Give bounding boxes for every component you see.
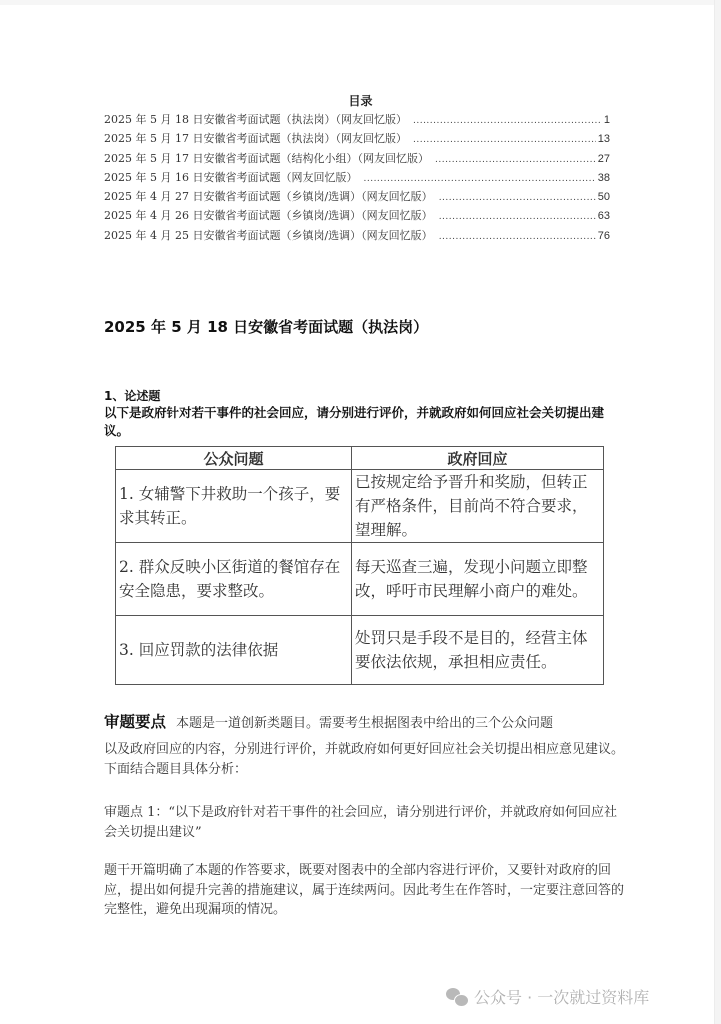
page-right-edge	[714, 0, 721, 1024]
wechat-icon	[446, 988, 468, 1006]
cell-issue: 1. 女辅警下井救助一个孩子，要求其转正。	[116, 470, 352, 543]
toc-page-number: 63	[598, 210, 610, 222]
toc-entry[interactable]: 2025 年 5 月 18 日安徽省考面试题（执法岗）（网友回忆版）1	[104, 111, 610, 130]
toc-entry[interactable]: 2025 年 4 月 25 日安徽省考面试题（乡镇岗/选调）（网友回忆版）76	[104, 227, 610, 246]
section-title: 2025 年 5 月 18 日安徽省考面试题（执法岗）	[104, 316, 428, 337]
toc-entry-text: 2025 年 4 月 27 日安徽省考面试题（乡镇岗/选调）（网友回忆版）	[104, 188, 433, 204]
analysis-keyword: 审题要点	[104, 713, 166, 731]
toc-page-number: 1	[604, 114, 610, 126]
question-text: 以下是政府针对若干事件的社会回应，请分别进行评价，并就政府如何回应社会关切提出建…	[104, 404, 616, 440]
page-top-edge	[0, 0, 721, 5]
cell-response: 处罚只是手段不是目的，经营主体要依法依规，承担相应责任。	[352, 616, 604, 685]
toc-entry[interactable]: 2025 年 5 月 17 日安徽省考面试题（执法岗）（网友回忆版）13	[104, 130, 610, 149]
cell-response: 已按规定给予晋升和奖励，但转正有严格条件，目前尚不符合要求，望理解。	[352, 470, 604, 543]
toc-entry[interactable]: 2025 年 4 月 26 日安徽省考面试题（乡镇岗/选调）（网友回忆版）63	[104, 207, 610, 226]
toc-page-number: 76	[598, 230, 610, 242]
toc-title: 目录	[0, 92, 721, 109]
analysis-intro: 本题是一道创新类题目。需要考生根据图表中给出的三个公众问题	[176, 716, 553, 731]
cell-response: 每天巡查三遍，发现小问题立即整改，呼吁市民理解小商户的难处。	[352, 543, 604, 616]
analysis-paragraph-1: 以及政府回应的内容，分别进行评价，并就政府如何更好回应社会关切提出相应意见建议。…	[104, 740, 624, 779]
toc-entry[interactable]: 2025 年 5 月 16 日安徽省考面试题（网友回忆版）38	[104, 169, 610, 188]
cell-issue: 2. 群众反映小区街道的餐馆存在安全隐患，要求整改。	[116, 543, 352, 616]
header-public-issue: 公众问题	[116, 447, 352, 470]
toc-entry-text: 2025 年 4 月 25 日安徽省考面试题（乡镇岗/选调）（网友回忆版）	[104, 227, 433, 243]
toc-entry-text: 2025 年 4 月 26 日安徽省考面试题（乡镇岗/选调）（网友回忆版）	[104, 207, 433, 223]
toc-page-number: 13	[598, 133, 610, 145]
table-header-row: 公众问题 政府回应	[116, 447, 604, 470]
watermark: 公众号 · 一次就过资料库	[446, 985, 649, 1008]
analysis-paragraph-3: 题干开篇明确了本题的作答要求，既要对图表中的全部内容进行评价，又要针对政府的回应…	[104, 861, 624, 920]
cell-issue: 3. 回应罚款的法律依据	[116, 616, 352, 685]
analysis-heading-line: 审题要点本题是一道创新类题目。需要考生根据图表中给出的三个公众问题	[104, 713, 624, 733]
toc-entry-text: 2025 年 5 月 17 日安徽省考面试题（结构化小组）（网友回忆版）	[104, 150, 429, 166]
table-of-contents: 2025 年 5 月 18 日安徽省考面试题（执法岗）（网友回忆版）1 2025…	[104, 111, 610, 246]
toc-leader-dots	[439, 212, 596, 222]
toc-page-number: 27	[598, 153, 610, 165]
watermark-text: 公众号 · 一次就过资料库	[474, 985, 649, 1008]
table-row: 1. 女辅警下井救助一个孩子，要求其转正。 已按规定给予晋升和奖励，但转正有严格…	[116, 470, 604, 543]
analysis-point-1: 审题点 1：“以下是政府针对若干事件的社会回应，请分别进行评价，并就政府如何回应…	[104, 803, 624, 842]
toc-entry-text: 2025 年 5 月 18 日安徽省考面试题（执法岗）（网友回忆版）	[104, 111, 407, 127]
toc-leader-dots	[413, 135, 596, 145]
table-row: 3. 回应罚款的法律依据 处罚只是手段不是目的，经营主体要依法依规，承担相应责任…	[116, 616, 604, 685]
toc-entry-text: 2025 年 5 月 17 日安徽省考面试题（执法岗）（网友回忆版）	[104, 130, 407, 146]
toc-leader-dots	[439, 232, 596, 242]
toc-leader-dots	[363, 174, 595, 184]
question-label: 1、论述题	[104, 387, 160, 404]
toc-entry[interactable]: 2025 年 5 月 17 日安徽省考面试题（结构化小组）（网友回忆版）27	[104, 150, 610, 169]
toc-leader-dots	[435, 155, 596, 165]
response-table: 公众问题 政府回应 1. 女辅警下井救助一个孩子，要求其转正。 已按规定给予晋升…	[115, 446, 604, 685]
toc-leader-dots	[439, 193, 596, 203]
toc-page-number: 38	[598, 172, 610, 184]
table-row: 2. 群众反映小区街道的餐馆存在安全隐患，要求整改。 每天巡查三遍，发现小问题立…	[116, 543, 604, 616]
toc-entry[interactable]: 2025 年 4 月 27 日安徽省考面试题（乡镇岗/选调）（网友回忆版）50	[104, 188, 610, 207]
toc-page-number: 50	[598, 191, 610, 203]
toc-entry-text: 2025 年 5 月 16 日安徽省考面试题（网友回忆版）	[104, 169, 357, 185]
toc-leader-dots	[413, 116, 602, 126]
header-government-response: 政府回应	[352, 447, 604, 470]
